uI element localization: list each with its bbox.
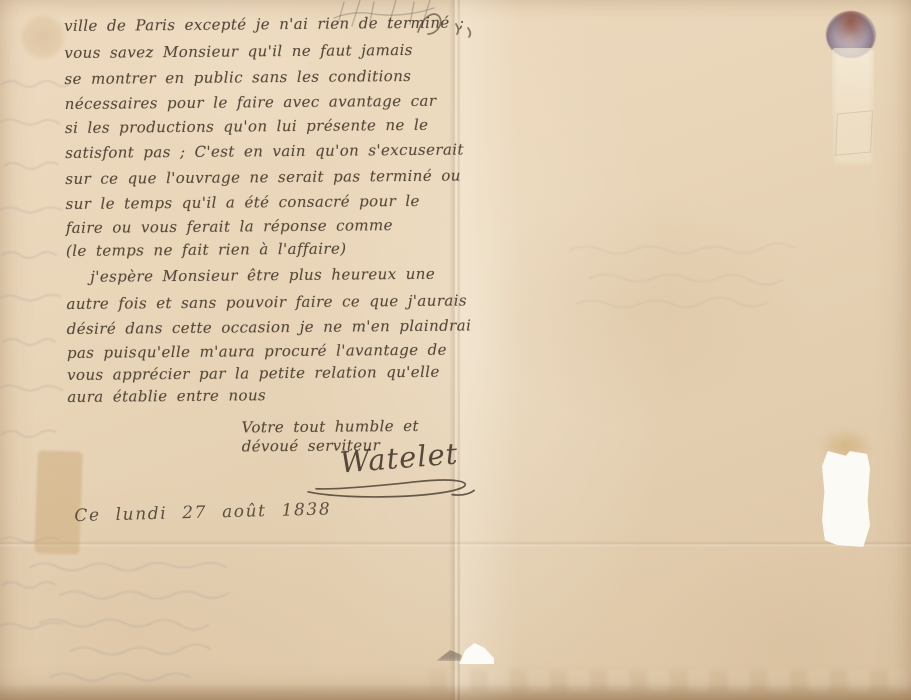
handwritten-line: autre fois et sans pouvoir faire ce que …	[66, 291, 467, 312]
handwritten-line: sur le temps qu'il a été consacré pour l…	[66, 192, 420, 213]
handwritten-line: j'espère Monsieur être plus heureux une	[90, 265, 435, 286]
handwritten-line: faire ou vous ferait la réponse comme	[66, 216, 393, 237]
handwritten-line: se montrer en public sans les conditions	[64, 67, 411, 88]
handwritten-line: nécessaires pour le faire avec avantage …	[65, 92, 437, 113]
handwritten-line: (le temps ne fait rien à l'affaire)	[66, 240, 347, 260]
bottom-edge-shadow	[0, 684, 911, 700]
handwritten-line: vous savez Monsieur qu'il ne faut jamais	[64, 41, 413, 62]
handwritten-line: ville de Paris excepté je n'ai rien de t…	[64, 13, 464, 34]
handwritten-line: satisfont pas ; C'est en vain qu'on s'ex…	[65, 140, 464, 161]
handwritten-line: désiré dans cette occasion je ne m'en pl…	[67, 316, 472, 338]
closing-line: Votre tout humble et	[241, 417, 418, 437]
handwritten-line: aura établie entre nous	[67, 386, 266, 406]
handwritten-line: sur ce que l'ouvrage ne serait pas termi…	[65, 167, 461, 188]
handwritten-line: si les productions qu'on lui présente ne…	[65, 116, 429, 137]
letter-body: ville de Paris excepté je n'ai rien de t…	[0, 0, 911, 700]
date-line: Ce lundi 27 août 1838	[74, 499, 331, 526]
handwritten-line: pas puisqu'elle m'aura procuré l'avantag…	[67, 341, 447, 362]
handwritten-line: vous apprécier par la petite relation qu…	[67, 363, 440, 384]
letter-scan: ville de Paris excepté je n'ai rien de t…	[0, 0, 911, 700]
